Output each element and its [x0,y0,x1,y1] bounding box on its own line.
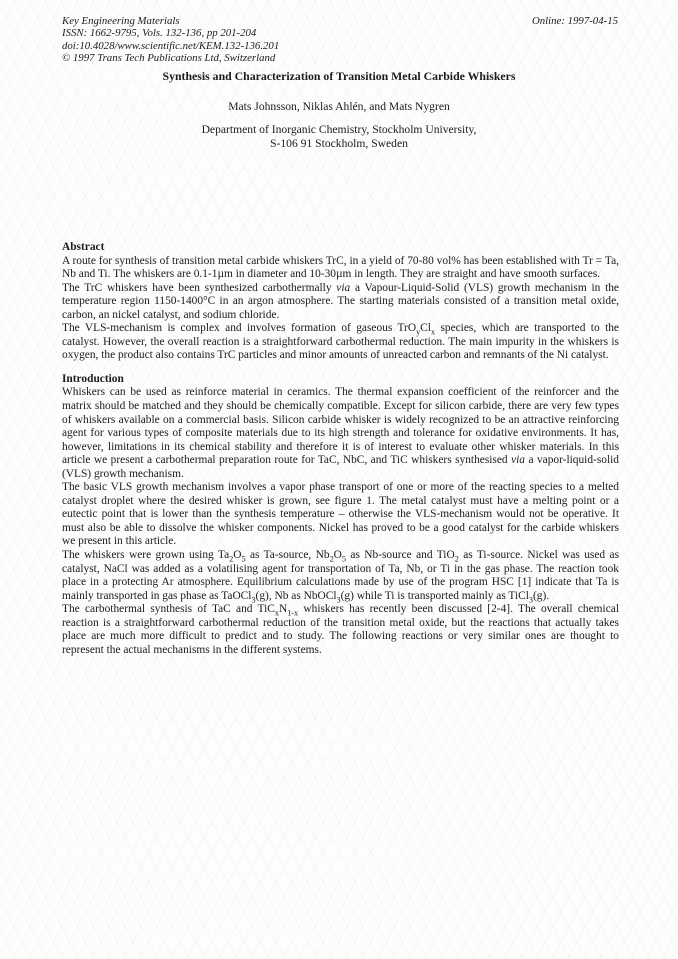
introduction-paragraph: The basic VLS growth mechanism involves … [62,481,619,549]
copyright-line: © 1997 Trans Tech Publications Ltd, Swit… [62,52,279,64]
introduction-paragraph: The carbothermal synthesis of TaC and Ti… [62,603,619,657]
online-date: Online: 1997-04-15 [532,15,618,27]
issn-line: ISSN: 1662-9795, Vols. 132-136, pp 201-2… [62,27,279,39]
journal-name: Key Engineering Materials [62,15,279,27]
abstract-paragraph: The TrC whiskers have been synthesized c… [62,282,619,323]
publication-info: Key Engineering Materials ISSN: 1662-979… [62,15,279,65]
abstract-heading: Abstract [62,241,619,255]
abstract-paragraph: The VLS-mechanism is complex and involve… [62,322,619,363]
doi-line: doi:10.4028/www.scientific.net/KEM.132-1… [62,40,279,52]
affiliation-line-2: S-106 91 Stockholm, Sweden [0,137,678,151]
introduction-paragraph: The whiskers were grown using Ta2O5 as T… [62,549,619,603]
journal-header: Key Engineering Materials ISSN: 1662-979… [62,15,618,65]
authors-line: Mats Johnsson, Niklas Ahlén, and Mats Ny… [0,100,678,113]
paper-page: Key Engineering Materials ISSN: 1662-979… [0,0,678,959]
paper-body: Abstract A route for synthesis of transi… [62,241,619,657]
affiliation: Department of Inorganic Chemistry, Stock… [0,123,678,151]
paper-title: Synthesis and Characterization of Transi… [0,69,678,84]
abstract-paragraph: A route for synthesis of transition meta… [62,255,619,282]
introduction-paragraph: Whiskers can be used as reinforce materi… [62,386,619,481]
affiliation-line-1: Department of Inorganic Chemistry, Stock… [0,123,678,137]
introduction-heading: Introduction [62,373,619,387]
